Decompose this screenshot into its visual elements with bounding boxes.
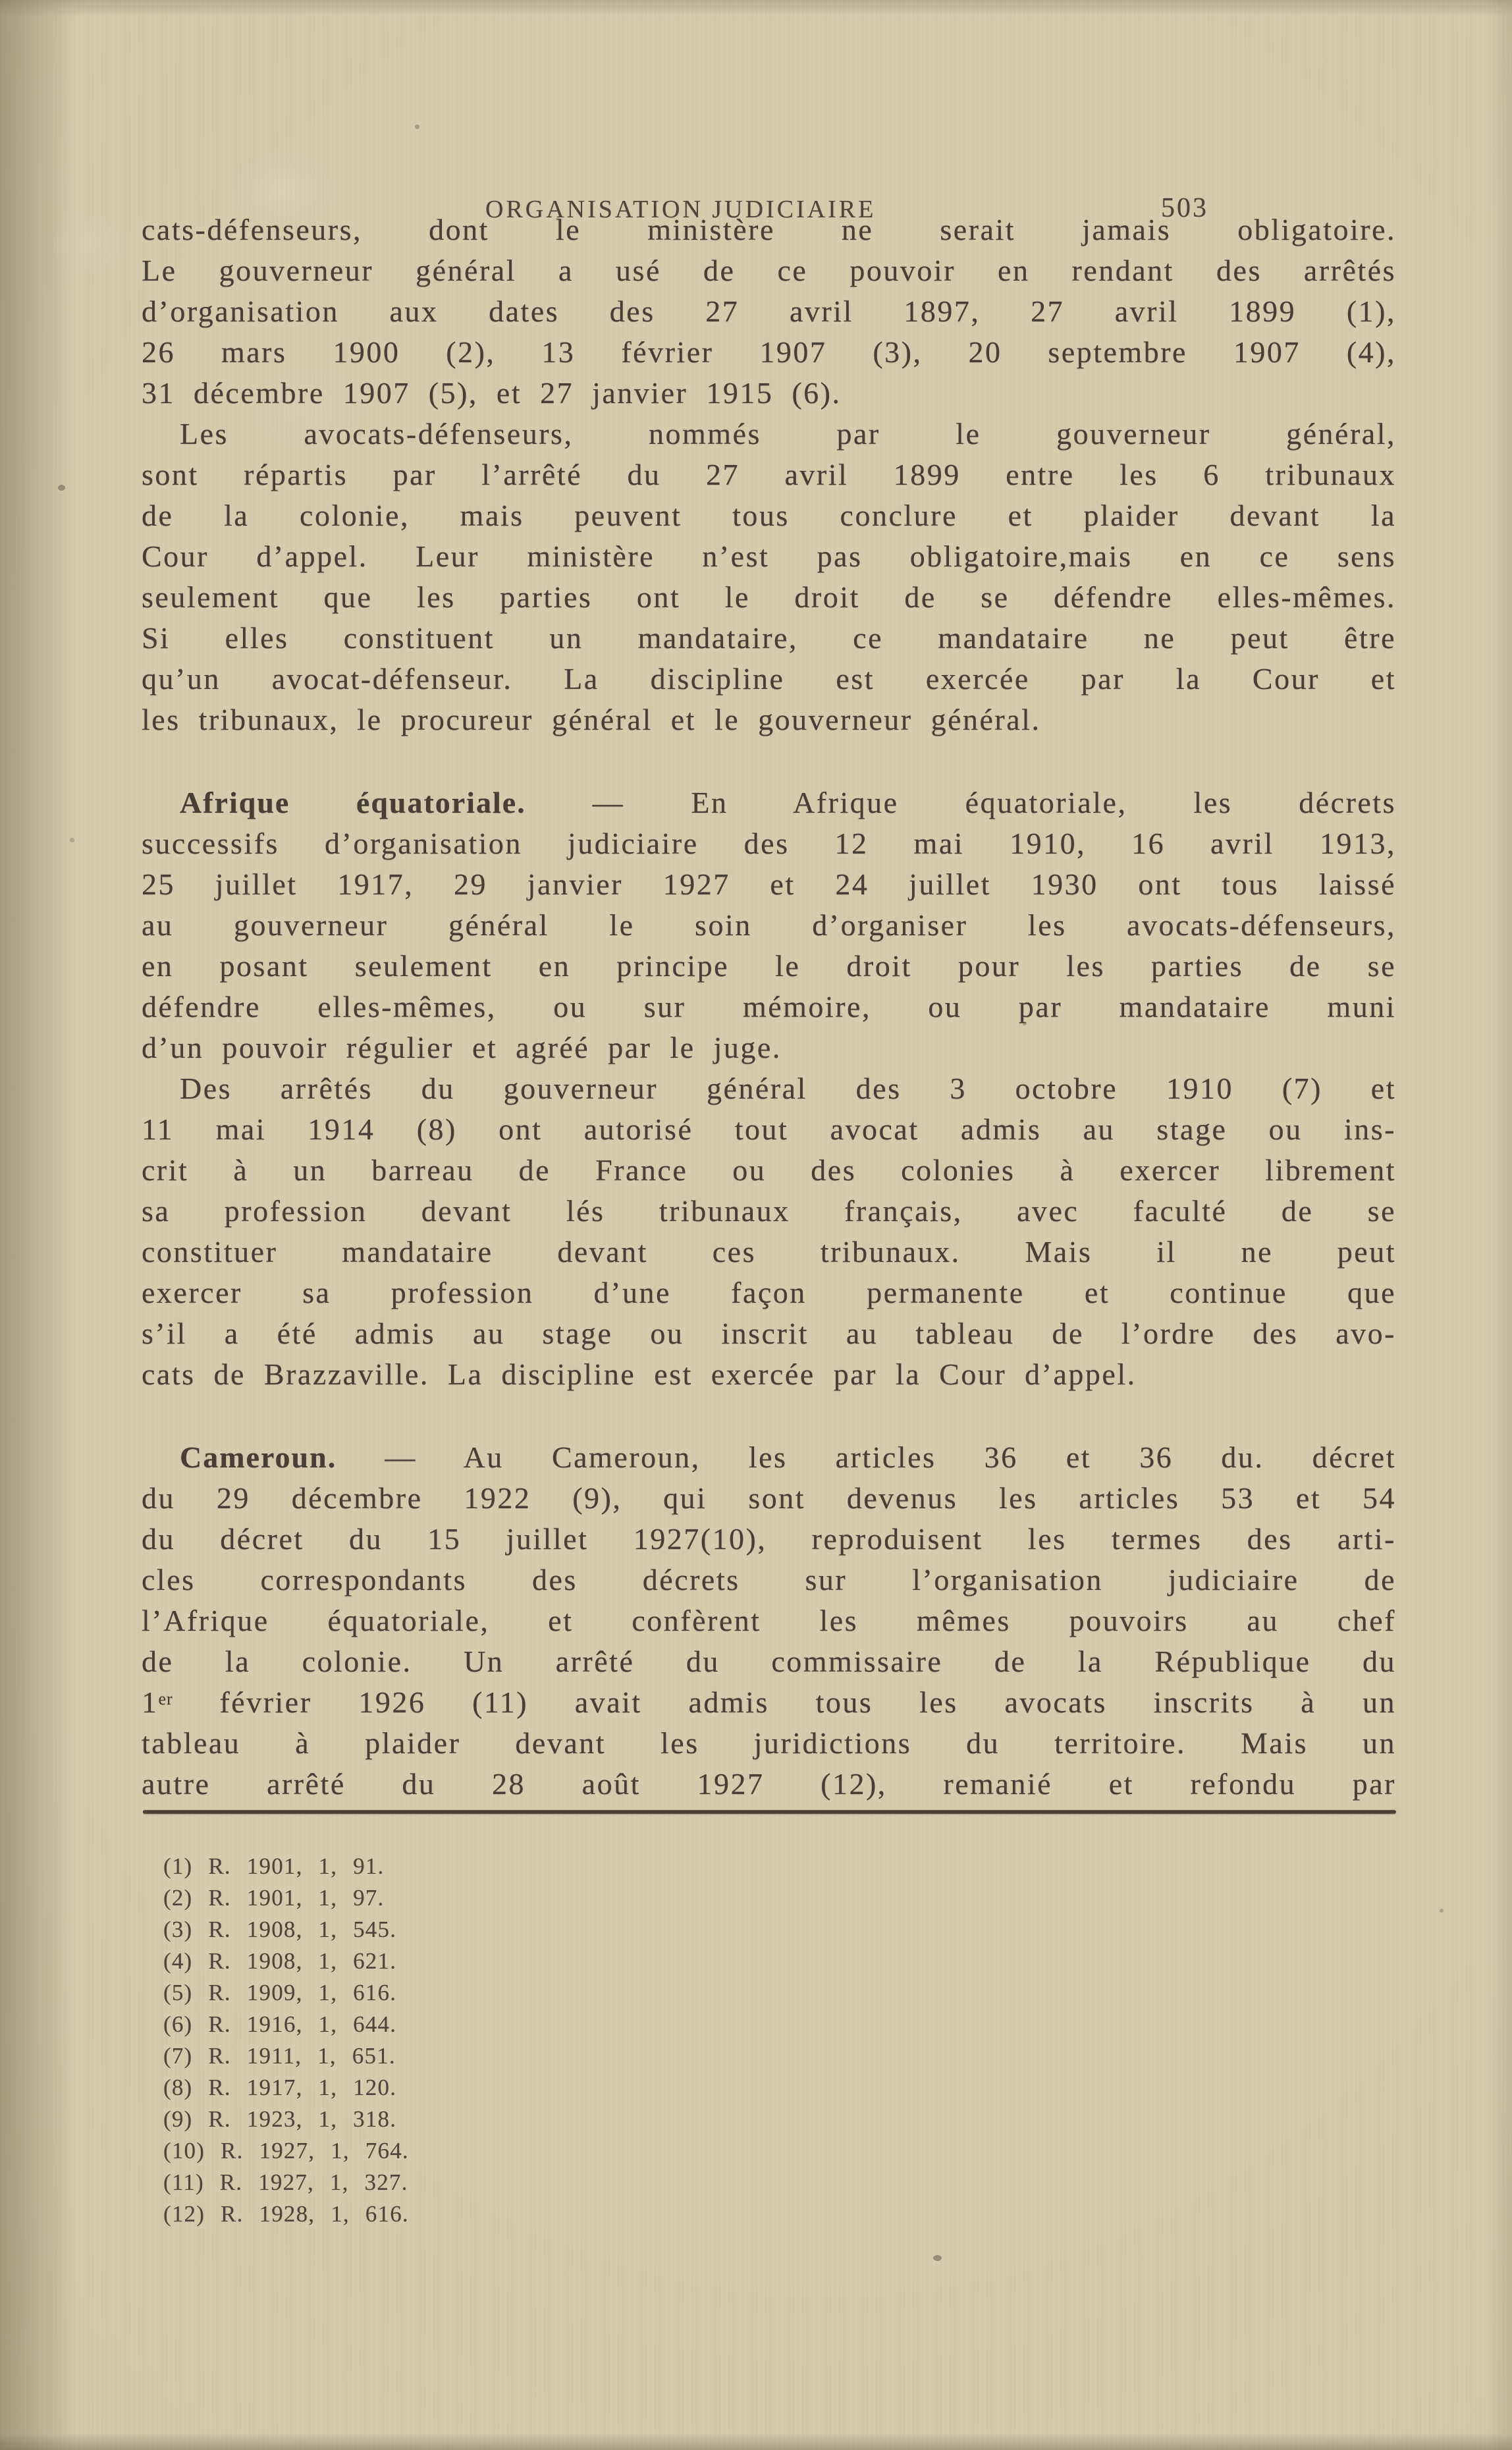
paper-speck bbox=[1023, 1021, 1027, 1025]
text-line: autre arrêté du 28 août 1927 (12), reman… bbox=[142, 1764, 1396, 1805]
footnote-line: (3) R. 1908, 1, 545. bbox=[163, 1914, 409, 1946]
text-line: d’un pouvoir régulier et agréé par le ju… bbox=[142, 1027, 1396, 1068]
page-right-shadow bbox=[1486, 0, 1512, 2450]
footnote-separator-rule bbox=[143, 1810, 1396, 1814]
paragraph-section: Cameroun. — Au Cameroun, les articles 36… bbox=[142, 1437, 1396, 1805]
footnote-line: (1) R. 1901, 1, 91. bbox=[163, 1851, 409, 1882]
text-line: au gouverneur général le soin d’organise… bbox=[142, 905, 1396, 946]
body-text: cats-défenseurs, dont le ministère ne se… bbox=[142, 209, 1396, 1805]
book-page-scan: ORGANISATION JUDICIAIRE 503 cats-défense… bbox=[0, 0, 1512, 2450]
text-line: Les avocats-défenseurs, nommés par le go… bbox=[142, 414, 1396, 454]
page-top-shadow bbox=[0, 0, 1512, 17]
paper-speck bbox=[1440, 1909, 1444, 1913]
text-line: cats de Brazzaville. La discipline est e… bbox=[142, 1354, 1396, 1395]
text-line: qu’un avocat-défenseur. La discipline es… bbox=[142, 659, 1396, 699]
text-line: de la colonie, mais peuvent tous conclur… bbox=[142, 495, 1396, 536]
paper-speck bbox=[415, 124, 419, 129]
text-line: défendre elles-mêmes, ou sur mémoire, ou… bbox=[142, 987, 1396, 1027]
footnote-line: (8) R. 1917, 1, 120. bbox=[163, 2072, 409, 2104]
text-line: Le gouverneur général a usé de ce pouvoi… bbox=[142, 250, 1396, 291]
footnote-line: (2) R. 1901, 1, 97. bbox=[163, 1882, 409, 1914]
text-line: seulement que les parties ont le droit d… bbox=[142, 577, 1396, 618]
text-line: Cameroun. — Au Cameroun, les articles 36… bbox=[142, 1437, 1396, 1478]
footnote-line: (10) R. 1927, 1, 764. bbox=[163, 2135, 409, 2167]
text-line: Cour d’appel. Leur ministère n’est pas o… bbox=[142, 536, 1396, 577]
text-line: s’il a été admis au stage ou inscrit au … bbox=[142, 1313, 1396, 1354]
paper-speck bbox=[58, 485, 65, 491]
text-line: sa profession devant lés tribunaux franç… bbox=[142, 1191, 1396, 1232]
paragraph-paragraph: Des arrêtés du gouverneur général des 3 … bbox=[142, 1068, 1396, 1395]
text-line: 25 juillet 1917, 29 janvier 1927 et 24 j… bbox=[142, 864, 1396, 905]
paragraph-continuation: cats-défenseurs, dont le ministère ne se… bbox=[142, 209, 1396, 414]
footnote-line: (11) R. 1927, 1, 327. bbox=[163, 2167, 409, 2198]
text-line: sont répartis par l’arrêté du 27 avril 1… bbox=[142, 454, 1396, 495]
page-bottom-shadow bbox=[0, 2433, 1512, 2450]
footnotes: (1) R. 1901, 1, 91.(2) R. 1901, 1, 97.(3… bbox=[163, 1851, 409, 2230]
paragraph-section: Afrique équatoriale. — En Afrique équato… bbox=[142, 782, 1396, 1068]
footnote-line: (4) R. 1908, 1, 621. bbox=[163, 1946, 409, 1977]
text-line: cats-défenseurs, dont le ministère ne se… bbox=[142, 209, 1396, 250]
text-line: crit à un barreau de France ou des colon… bbox=[142, 1150, 1396, 1191]
footnote-line: (12) R. 1928, 1, 616. bbox=[163, 2198, 409, 2230]
text-line: constituer mandataire devant ces tribuna… bbox=[142, 1232, 1396, 1272]
text-line: 31 décembre 1907 (5), et 27 janvier 1915… bbox=[142, 373, 1396, 414]
text-line: 26 mars 1900 (2), 13 février 1907 (3), 2… bbox=[142, 332, 1396, 373]
text-line: successifs d’organisation judiciaire des… bbox=[142, 823, 1396, 864]
text-line: d’organisation aux dates des 27 avril 18… bbox=[142, 291, 1396, 332]
paper-speck bbox=[70, 838, 74, 842]
text-line: 11 mai 1914 (8) ont autorisé tout avocat… bbox=[142, 1109, 1396, 1150]
text-line: tableau à plaider devant les juridiction… bbox=[142, 1723, 1396, 1764]
footnote-line: (9) R. 1923, 1, 318. bbox=[163, 2104, 409, 2135]
text-line: en posant seulement en principe le droit… bbox=[142, 946, 1396, 987]
gutter-shadow bbox=[0, 0, 76, 2450]
text-line: l’Afrique équatoriale, et confèrent les … bbox=[142, 1600, 1396, 1641]
paragraph-paragraph: Les avocats-défenseurs, nommés par le go… bbox=[142, 414, 1396, 740]
text-line: Afrique équatoriale. — En Afrique équato… bbox=[142, 782, 1396, 823]
footnote-line: (5) R. 1909, 1, 616. bbox=[163, 1977, 409, 2009]
footnote-line: (7) R. 1911, 1, 651. bbox=[163, 2040, 409, 2072]
text-line: exercer sa profession d’une façon perman… bbox=[142, 1272, 1396, 1313]
paper-speck bbox=[933, 2255, 942, 2261]
text-line: du 29 décembre 1922 (9), qui sont devenu… bbox=[142, 1478, 1396, 1519]
text-line: de la colonie. Un arrêté du commissaire … bbox=[142, 1641, 1396, 1682]
footnote-line: (6) R. 1916, 1, 644. bbox=[163, 2009, 409, 2040]
text-line: 1er février 1926 (11) avait admis tous l… bbox=[142, 1682, 1396, 1723]
text-line: Des arrêtés du gouverneur général des 3 … bbox=[142, 1068, 1396, 1109]
text-line: Si elles constituent un mandataire, ce m… bbox=[142, 618, 1396, 659]
text-line: les tribunaux, le procureur général et l… bbox=[142, 699, 1396, 740]
text-line: cles correspondants des décrets sur l’or… bbox=[142, 1560, 1396, 1600]
text-line: du décret du 15 juillet 1927(10), reprod… bbox=[142, 1519, 1396, 1560]
